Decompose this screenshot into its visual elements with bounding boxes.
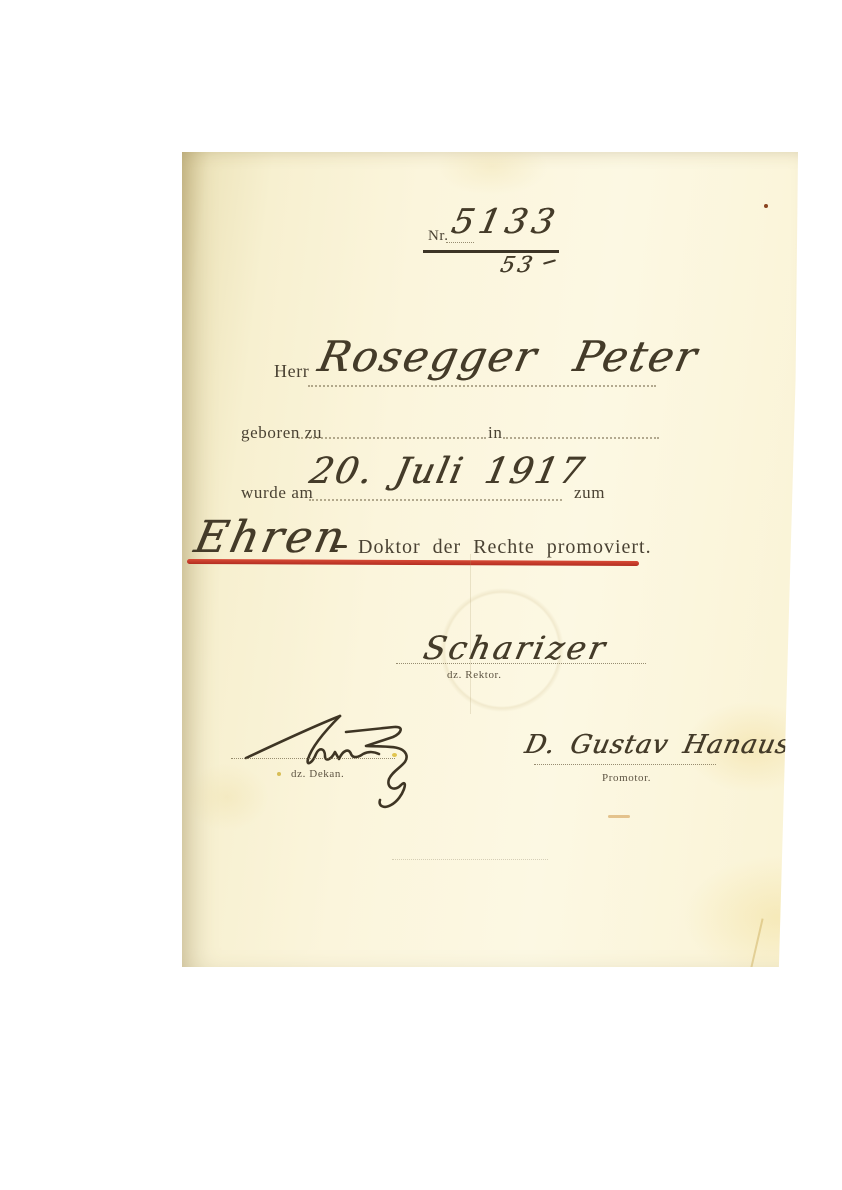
foxing-speck <box>277 772 281 776</box>
number-underline <box>423 250 559 253</box>
promotion-date-label: wurde am <box>241 483 313 503</box>
salutation-label: Herr <box>274 361 309 382</box>
promotor-signature: D. Gustav Hanausek, <box>522 730 836 760</box>
certificate-page: Nr. 5133 53 Herr Rosegger Peter geboren … <box>182 152 798 967</box>
birthplace-field-line <box>298 437 486 439</box>
rektor-title-label: dz. Rektor. <box>447 669 502 681</box>
degree-printed-text: Doktor der Rechte promoviert. <box>358 536 652 559</box>
bleedthrough-ruled-line <box>392 859 548 860</box>
dekan-signature-line <box>231 758 395 759</box>
number-dotted-leader <box>446 242 474 243</box>
dekan-signature-scrawl <box>242 702 427 812</box>
birthplace-label: geboren zu <box>241 423 322 443</box>
degree-hyphen <box>333 545 347 548</box>
dekan-title-label: dz. Dekan. <box>291 768 344 780</box>
promotion-date-field-line <box>309 499 562 501</box>
foxing-speck <box>764 204 768 208</box>
degree-prefix-handwritten: Ehren <box>190 512 352 563</box>
promotion-zum-label: zum <box>574 483 605 503</box>
rektor-signature: Scharizer <box>420 629 611 667</box>
birth-in-label: in <box>488 423 502 443</box>
promotor-title-label: Promotor. <box>602 772 651 784</box>
paper-crease <box>470 554 471 714</box>
orange-smudge <box>608 815 630 818</box>
red-underline <box>187 559 639 566</box>
denominator-flourish-dash <box>543 259 556 265</box>
promotion-date-handwritten: 20. Juli 1917 <box>306 451 589 492</box>
number-value-handwritten: 5133 <box>448 202 563 242</box>
birth-in-field-line <box>503 437 659 439</box>
name-handwritten: Rosegger Peter <box>314 332 703 381</box>
name-field-line <box>308 385 656 387</box>
foxing-speck <box>392 753 397 757</box>
paper-crack <box>750 918 763 967</box>
number-denominator-handwritten: 53 <box>498 253 537 278</box>
promotor-signature-line <box>534 764 716 765</box>
